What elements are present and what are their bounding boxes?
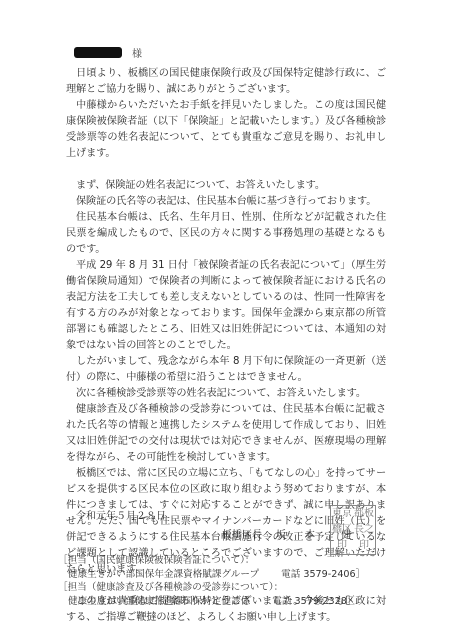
paragraph: 住民基本台帳は、氏名、生年月日、性別、住所などが記載された住民票を編成したもので… [66,210,386,258]
spacer [66,162,386,178]
contact-dept: 健康生きがい部国保年金課資格賦課グループ [68,569,259,580]
paragraph: 保険証の氏名等の表記は、住民基本台帳に基づき行っております。 [66,194,386,210]
official-seal-icon: 東京 都板 橋区 長之 印 印 [330,505,376,555]
contact-label: ［担当（国民健康保険被保険者証について）： [58,554,365,568]
seal-char: 長之 [353,522,375,538]
paragraph: 平成 29 年 8 月 31 日付「被保険者証の氏名表記について」（厚生労働省保… [66,258,386,354]
honorific: 様 [132,45,142,60]
seal-char: 橋区 [331,522,353,538]
contact-line: 健康生きがい部国保年金課資格賦課グループ電話 3579-2406］ [58,568,365,582]
redacted-name [74,47,122,58]
contact-tel: 電話 3579-2406］ [281,569,365,580]
signer-title: 板橋区長 [222,526,262,541]
seal-char: 東京 [331,506,353,522]
contact-tel: 電話 3579-2328］ [272,596,356,607]
contact-line: 健康生きがい部健康推進課国保特定健診係電話 3579-2328］ [58,595,365,609]
seal-char: 印 [353,538,375,554]
addressee: 様 [74,45,142,59]
paragraph: 健康診査及び各種検診の受診券については、住民基本台帳に記載された氏名等の情報と連… [66,402,386,466]
letter-date: 令和元年５月２８日 [76,507,166,522]
seal-char: 都板 [353,506,375,522]
paragraph: 次に各種検診受診票等の姓名表記について、お答えいたします。 [66,386,386,402]
paragraph: したがいまして、残念ながら本年 8 月下旬に保険証の一斉更新（送付）の際に、中藤… [66,354,386,386]
paragraph: まず、保険証の姓名表記について、お答えいたします。 [66,178,386,194]
seal-char: 印 [331,538,353,554]
letter-page: 様 日頃より、板橋区の国民健康保険行政及び国保特定健診行政に、ご理解とご協力を賜… [0,0,450,637]
contact-info: ［担当（国民健康保険被保険者証について）： 健康生きがい部国保年金課資格賦課グル… [58,554,365,608]
contact-label: ［担当（健康診査及び各種検診の受診券について）： [58,581,365,595]
contact-dept: 健康生きがい部健康推進課国保特定健診係 [68,596,250,607]
paragraph: 日頃より、板橋区の国民健康保険行政及び国保特定健診行政に、ご理解とご協力を賜り、… [66,66,386,98]
paragraph: 中藤様からいただいたお手紙を拝見いたしました。この度は国民健康保険被保険者証（以… [66,98,386,162]
